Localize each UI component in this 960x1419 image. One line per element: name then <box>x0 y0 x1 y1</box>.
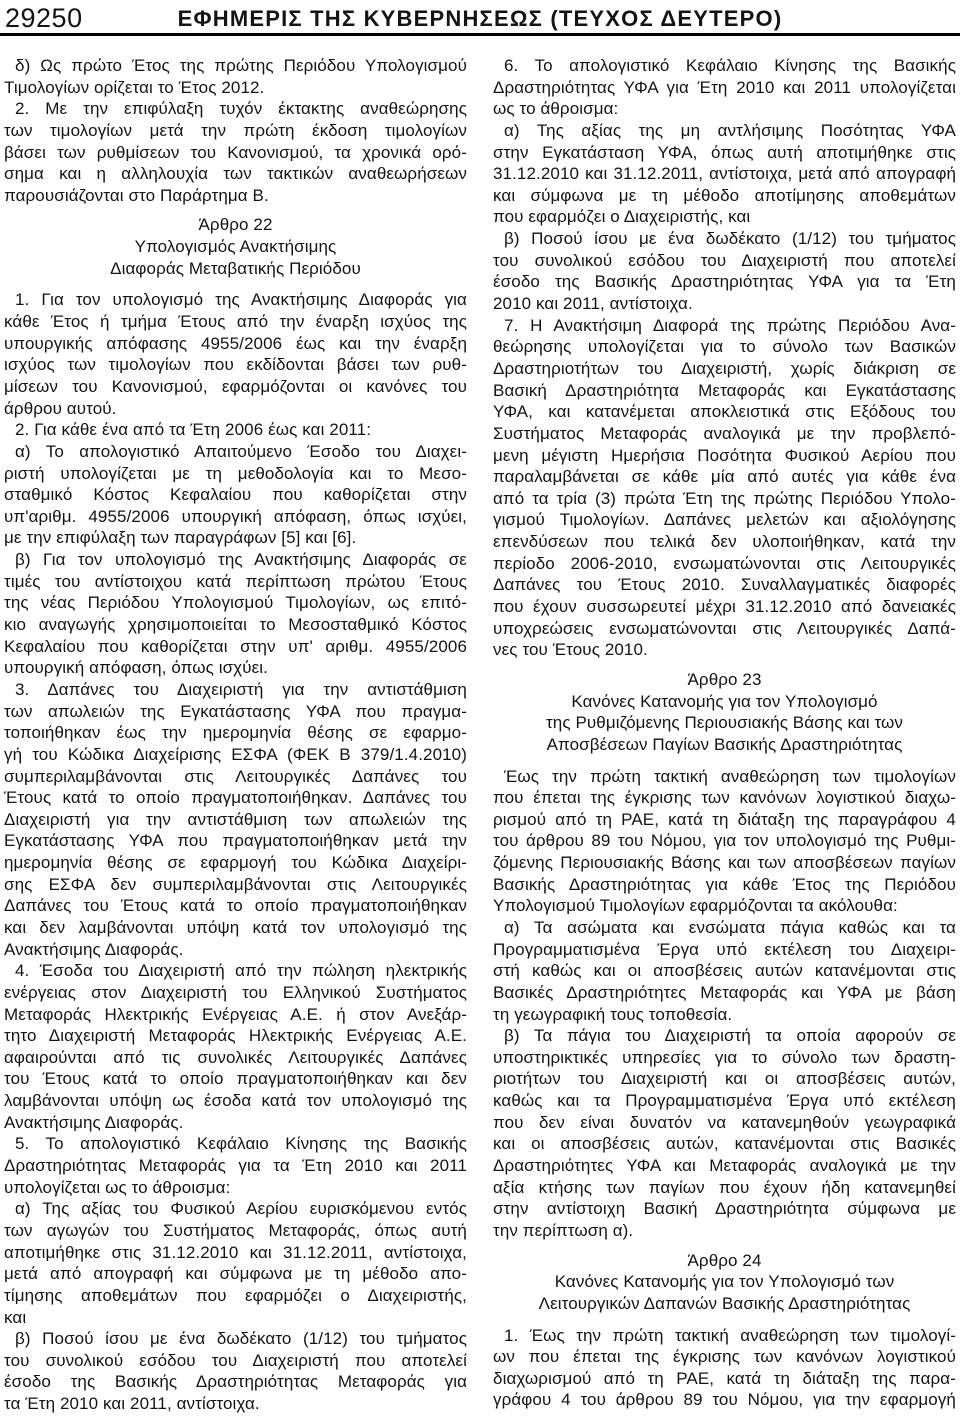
text-line: του συνολικού εσόδου του Διαχειριστή που… <box>493 250 956 272</box>
text-line: στην αντίστοιχη Βασική Δραστηριότητα σύμ… <box>493 1198 956 1220</box>
text-line: Υπολογισμού Τιμολογίων εφαρμόζονται τα α… <box>493 895 956 917</box>
heading-line: Υπολογισμός Ανακτήσιμης <box>4 236 467 258</box>
text-line: ΥΦΑ, και κατανέμεται αποκλειστικά στις Ε… <box>493 401 956 423</box>
paragraph: 5. Το απολογιστικό Κεφάλαιο Κίνησης της … <box>4 1133 467 1198</box>
text-line: Δραστηριότητες ΥΦΑ και Μεταφοράς αναλογι… <box>493 1155 956 1177</box>
text-line: αποτιμήθηκε στις 31.12.2010 και 31.12.20… <box>4 1242 467 1264</box>
paragraph: 6. Το απολογιστικό Κεφάλαιο Κίνησης της … <box>493 55 956 120</box>
heading-line: Λειτουργικών Δαπανών Βασικής Δραστηριότη… <box>493 1293 956 1315</box>
text-line: τίμησης αποθεμάτων που εφαρμόζει ο Διαχε… <box>4 1285 467 1307</box>
article-heading: Άρθρο 24Κανόνες Κατανομής για τον Υπολογ… <box>493 1250 956 1315</box>
text-line: ριοτήτων του Διαχειριστή και οι αποσβέσε… <box>493 1068 956 1090</box>
text-line: σταθμικό Κόστος Κεφαλαίου που καθορίζετα… <box>4 484 467 506</box>
text-line: υπουργικής απόφασης 4955/2006 έως και τη… <box>4 333 467 355</box>
text-line: Έως την πρώτη τακτική αναθεώρηση των τιμ… <box>493 766 956 788</box>
text-line: αξία κτήσης των παγίων που έχουν ήδη κατ… <box>493 1177 956 1199</box>
text-line: τη γεωγραφική τους τοποθεσία. <box>493 1004 956 1026</box>
text-line: που έπεται της έγκρισης των κανόνων λογι… <box>493 787 956 809</box>
text-line: από τα τρία (3) πρώτα Έτη της πρώτης Περ… <box>493 488 956 510</box>
text-line: 1. Για τον υπολογισμό της Ανακτήσιμης Δι… <box>4 289 467 311</box>
text-line: Τιμολογίων ορίζεται το Έτος 2012. <box>4 77 467 99</box>
text-line: κιο αναγωγής χρησιμοποιείται το Μεσοσταθ… <box>4 614 467 636</box>
text-line: και οι αποσβέσεις αυτών, κατανέμονται στ… <box>493 1133 956 1155</box>
column-right: 6. Το απολογιστικό Κεφάλαιο Κίνησης της … <box>493 55 956 1415</box>
text-line: β) Τα πάγια του Διαχειριστή τα οποία αφο… <box>493 1025 956 1047</box>
text-line: Δραστηριοτήτων του Διαχειριστή, χωρίς δι… <box>493 358 956 380</box>
text-line: έσοδο της Βασικής Δραστηριότητας ΥΦΑ για… <box>493 271 956 293</box>
text-line: άρθρου αυτού. <box>4 398 467 420</box>
column-left: δ) Ως πρώτο Έτος της πρώτης Περιόδου Υπο… <box>4 55 467 1415</box>
paragraph: β) Ποσού ίσου με ένα δωδέκατο (1/12) του… <box>493 228 956 315</box>
paragraph: 1. Για τον υπολογισμό της Ανακτήσιμης Δι… <box>4 289 467 419</box>
text-line: στην Εγκατάσταση ΥΦΑ, όπως αυτή αποτιμήθ… <box>493 142 956 164</box>
text-line: σημα και η αλληλουχία των τακτικών αναθε… <box>4 163 467 185</box>
heading-line: της Ρυθμιζόμενης Περιουσιακής Βάσης και … <box>493 712 956 734</box>
text-line: ως το άθροισμα: <box>493 98 956 120</box>
heading-line: Άρθρο 22 <box>4 214 467 236</box>
paragraph: 7. Η Ανακτήσιμη Διαφορά της πρώτης Περιό… <box>493 315 956 661</box>
text-line: 1. Έως την πρώτη τακτική αναθεώρηση των … <box>493 1325 956 1347</box>
text-line: υπολογίζεται ως το άθροισμα: <box>4 1177 467 1199</box>
paragraph: β) Για τον υπολογισμό της Ανακτήσιμης Δι… <box>4 549 467 679</box>
text-line: υπουργική απόφαση, όπως ισχύει. <box>4 657 467 679</box>
text-line: ισχύος των τιμολογίων που εκδίδονται βάσ… <box>4 354 467 376</box>
text-line: μετά από απογραφή και σύμφωνα με τη μέθο… <box>4 1263 467 1285</box>
text-line: κάθε Έτος ή τμήμα Έτους από την έναρξη ι… <box>4 311 467 333</box>
text-line: των απωλειών της Εγκατάστασης ΥΦΑ που πρ… <box>4 701 467 723</box>
text-line: α) Της αξίας της μη αντλήσιμης Ποσότητας… <box>493 120 956 142</box>
text-line: παρουσιάζονται στο Παράρτημα Β. <box>4 185 467 207</box>
text-line: δ) Ως πρώτο Έτος της πρώτης Περιόδου Υπο… <box>4 55 467 77</box>
gazette-title: ΕΦΗΜΕΡΙΣ ΤΗΣ ΚΥΒΕΡΝΗΣΕΩΣ (ΤΕΥΧΟΣ ΔΕΥΤΕΡΟ… <box>0 6 960 32</box>
text-line: περίοδο 2006-2010, ενσωματώνονται στις Λ… <box>493 553 956 575</box>
text-line: γή του Κώδικα Διαχείρισης ΕΣΦΑ (ΦΕΚ Β 37… <box>4 744 467 766</box>
text-line: Δραστηριότητας Μεταφοράς για τα Έτη 2010… <box>4 1155 467 1177</box>
text-line: 5. Το απολογιστικό Κεφάλαιο Κίνησης της … <box>4 1133 467 1155</box>
article-heading: Άρθρο 22Υπολογισμός ΑνακτήσιμηςΔιαφοράς … <box>4 214 467 279</box>
text-line: τοποιήθηκαν έως την ημερομηνία θέσης σε … <box>4 722 467 744</box>
paragraph: α) Το απολογιστικό Απαιτούμενο Έσοδο του… <box>4 441 467 549</box>
text-line: Ανακτήσιμης Διαφοράς. <box>4 1112 467 1134</box>
paragraph: 1. Έως την πρώτη τακτική αναθεώρηση των … <box>493 1325 956 1412</box>
heading-line: Άρθρο 24 <box>493 1250 956 1272</box>
text-line: παραλαμβάνεται σε κάθε μία από αυτές για… <box>493 466 956 488</box>
heading-line: Άρθρο 23 <box>493 669 956 691</box>
paragraph: 3. Δαπάνες του Διαχειριστή για την αντισ… <box>4 679 467 960</box>
text-line: των αγωγών του Συστήματος Μεταφοράς, όπω… <box>4 1220 467 1242</box>
heading-line: Κανόνες Κατανομής για τον Υπολογισμό των <box>493 1271 956 1293</box>
text-line: διαχωρισμού από τη ΡΑΕ, κατά τη διάταξη … <box>493 1368 956 1390</box>
text-line: Βασική Δραστηριότητα Μεταφοράς και Εγκατ… <box>493 380 956 402</box>
text-line: 4. Έσοδα του Διαχειριστή από την πώληση … <box>4 960 467 982</box>
text-line: Μεταφοράς Ηλεκτρικής Ενέργειας Α.Ε. ή στ… <box>4 1004 467 1026</box>
text-line: και σύμφωνα με τη μέθοδο αποτίμησης αποθ… <box>493 185 956 207</box>
text-line: 2010 και 2011, αντίστοιχα. <box>493 293 956 315</box>
text-line: υπ'αριθμ. 4955/2006 υπουργική απόφαση, ό… <box>4 506 467 528</box>
text-line: επενδύσεων που τελικά δεν υλοποιήθηκαν, … <box>493 531 956 553</box>
text-line: γράφου 4 του άρθρου 89 του Νόμου, για τη… <box>493 1389 956 1411</box>
text-line: μενη μέγιστη Ημερήσια Ποσότητα Φυσικού Α… <box>493 445 956 467</box>
article-heading: Άρθρο 23Κανόνες Κατανομής για τον Υπολογ… <box>493 669 956 756</box>
text-line: β) Ποσού ίσου με ένα δωδέκατο (1/12) του… <box>493 228 956 250</box>
text-line: τιμές του αντίστοιχου κατά περίπτωση πρώ… <box>4 571 467 593</box>
text-line: και δεν λαμβάνονται υπόψη κατά τον υπολο… <box>4 917 467 939</box>
paragraph: 4. Έσοδα του Διαχειριστή από την πώληση … <box>4 960 467 1133</box>
text-line: την περίπτωση α). <box>493 1220 956 1242</box>
text-line: ζόμενης Περιουσιακής Βάσης και των αποσβ… <box>493 852 956 874</box>
heading-line: Διαφοράς Μεταβατικής Περιόδου <box>4 258 467 280</box>
text-line: Δραστηριότητας ΥΦΑ για Έτη 2010 και 2011… <box>493 77 956 99</box>
text-line: των τιμολογίων μετά την πρώτη έκδοση τιμ… <box>4 120 467 142</box>
text-line: 2. Με την επιφύλαξη τυχόν έκτακτης αναθε… <box>4 98 467 120</box>
text-line: ριστή υπολογίζεται με τη μεθοδολογία και… <box>4 463 467 485</box>
text-line: Δαπάνες του Έτους 2010. Συναλλαγματικές … <box>493 574 956 596</box>
text-columns: δ) Ως πρώτο Έτος της πρώτης Περιόδου Υπο… <box>0 36 960 1415</box>
text-line: Συστήματος Μεταφοράς αναλογικά με την πρ… <box>493 423 956 445</box>
heading-line: Κανόνες Κατανομής για τον Υπολογισμό <box>493 691 956 713</box>
text-line: βάσει των ρυθμίσεων του Κανονισμού, τα χ… <box>4 142 467 164</box>
paragraph: Έως την πρώτη τακτική αναθεώρηση των τιμ… <box>493 766 956 917</box>
gazette-page: 29250 ΕΦΗΜΕΡΙΣ ΤΗΣ ΚΥΒΕΡΝΗΣΕΩΣ (ΤΕΥΧΟΣ Δ… <box>0 0 960 1419</box>
text-line: με την επιφύλαξη των παραγράφων [5] και … <box>4 527 467 549</box>
text-line: ημερομηνία θέσης σε εφαρμογή του Κώδικα … <box>4 852 467 874</box>
text-line: 3. Δαπάνες του Διαχειριστή για την αντισ… <box>4 679 467 701</box>
text-line: νες του Έτους 2010. <box>493 639 956 661</box>
page-header: 29250 ΕΦΗΜΕΡΙΣ ΤΗΣ ΚΥΒΕΡΝΗΣΕΩΣ (ΤΕΥΧΟΣ Δ… <box>0 0 960 28</box>
text-line: Εγκατάστασης ΥΦΑ που πραγματοποιήθηκαν μ… <box>4 830 467 852</box>
text-line: και <box>4 1307 467 1329</box>
text-line: α) Της αξίας του Φυσικού Αερίου ευρισκόμ… <box>4 1198 467 1220</box>
text-line: του συνολικού εσόδου του Διαχειριστή που… <box>4 1350 467 1372</box>
text-line: συμπεριλαμβάνονται στις Λειτουργικές Δαπ… <box>4 766 467 788</box>
paragraph: α) Της αξίας της μη αντλήσιμης Ποσότητας… <box>493 120 956 228</box>
text-line: στή καθώς και οι αποσβέσεις αυτών κατανέ… <box>493 960 956 982</box>
text-line: Προγραμματισμένα Έργα υπό εκτέλεση του Δ… <box>493 939 956 961</box>
text-line: υποστηρικτικές υπηρεσίες για το σύνολο τ… <box>493 1047 956 1069</box>
text-line: καθώς και τα Προγραμματισμένα Έργα υπό ε… <box>493 1090 956 1112</box>
text-line: θεώρησης υπολογίζεται για το σύνολο των … <box>493 336 956 358</box>
paragraph: β) Ποσού ίσου με ένα δωδέκατο (1/12) του… <box>4 1328 467 1415</box>
text-line: 7. Η Ανακτήσιμη Διαφορά της πρώτης Περιό… <box>493 315 956 337</box>
text-line: 31.12.2010 και 31.12.2011, αντίστοιχα, μ… <box>493 163 956 185</box>
text-line: που εφαρμόζει ο Διαχειριστής, και <box>493 206 956 228</box>
paragraph: α) Της αξίας του Φυσικού Αερίου ευρισκόμ… <box>4 1198 467 1328</box>
text-line: Ανακτήσιμης Διαφοράς. <box>4 939 467 961</box>
text-line: γισμού Τιμολογίων. Δαπάνες μελετών και α… <box>493 509 956 531</box>
text-line: της νέας Περιόδου Υπολογισμού Τιμολογίων… <box>4 592 467 614</box>
text-line: λαμβάνονται υπόψη ως έσοδα κατά τον υπολ… <box>4 1090 467 1112</box>
paragraph: δ) Ως πρώτο Έτος της πρώτης Περιόδου Υπο… <box>4 55 467 98</box>
text-line: του Έτους κατά το οποίο πραγματοποιήθηκα… <box>4 1068 467 1090</box>
text-line: α) Το απολογιστικό Απαιτούμενο Έσοδο του… <box>4 441 467 463</box>
paragraph: α) Τα ασώματα και ενσώματα πάγια καθώς κ… <box>493 917 956 1025</box>
text-line: Βασικές Δραστηριότητες Μεταφοράς και ΥΦΑ… <box>493 982 956 1004</box>
text-line: ων που έπεται της έγκρισης των κανόνων λ… <box>493 1346 956 1368</box>
text-line: μίσεων του Κανονισμού, εφαρμόζονται οι κ… <box>4 376 467 398</box>
text-line: 6. Το απολογιστικό Κεφάλαιο Κίνησης της … <box>493 55 956 77</box>
text-line: αφαιρούνται από τις συνολικές Λειτουργικ… <box>4 1047 467 1069</box>
text-line: τα Έτη 2010 και 2011, αντίστοιχα. <box>4 1393 467 1415</box>
text-line: Έτους κατά το οποίο πραγματοποιήθηκαν. Δ… <box>4 787 467 809</box>
text-line: 2. Για κάθε ένα από τα Έτη 2006 έως και … <box>4 419 467 441</box>
text-line: Διαχειριστή για την αντιστάθμιση των απω… <box>4 809 467 831</box>
heading-line: Αποσβέσεων Παγίων Βασικής Δραστηριότητας <box>493 734 956 756</box>
text-line: Δαπάνες του Έτους κατά το οποίο πραγματο… <box>4 895 467 917</box>
text-line: ενέργειας στον Διαχειριστή του Ελληνικού… <box>4 982 467 1004</box>
text-line: β) Ποσού ίσου με ένα δωδέκατο (1/12) του… <box>4 1328 467 1350</box>
text-line: έσοδο της Βασικής Δραστηριότητας Μεταφορ… <box>4 1371 467 1393</box>
text-line: που έχουν συσσωρευτεί μέχρι 31.12.2010 α… <box>493 596 956 618</box>
text-line: Κεφαλαίου που καθορίζεται στην υπ' αριθμ… <box>4 636 467 658</box>
text-line: τητο Διαχειριστή Μεταφοράς Ηλεκτρικής Εν… <box>4 1025 467 1047</box>
text-line: σης ΕΣΦΑ δεν συμπεριλαμβάνονται στις Λει… <box>4 874 467 896</box>
text-line: ρισμού από τη ΡΑΕ, κατά τη διάταξη της π… <box>493 809 956 831</box>
text-line: Βασικής Δραστηριότητας για κάθε Έτος της… <box>493 874 956 896</box>
text-line: β) Για τον υπολογισμό της Ανακτήσιμης Δι… <box>4 549 467 571</box>
paragraph: 2. Με την επιφύλαξη τυχόν έκτακτης αναθε… <box>4 98 467 206</box>
paragraph: β) Τα πάγια του Διαχειριστή τα οποία αφο… <box>493 1025 956 1241</box>
text-line: του άρθρου 89 του Νόμου, για τον υπολογι… <box>493 830 956 852</box>
text-line: α) Τα ασώματα και ενσώματα πάγια καθώς κ… <box>493 917 956 939</box>
paragraph: 2. Για κάθε ένα από τα Έτη 2006 έως και … <box>4 419 467 441</box>
text-line: υποχρεώσεις ενσωματώνονται στις Λειτουργ… <box>493 618 956 640</box>
text-line: που δεν είναι δυνατόν να κατανεμηθούν γε… <box>493 1112 956 1134</box>
